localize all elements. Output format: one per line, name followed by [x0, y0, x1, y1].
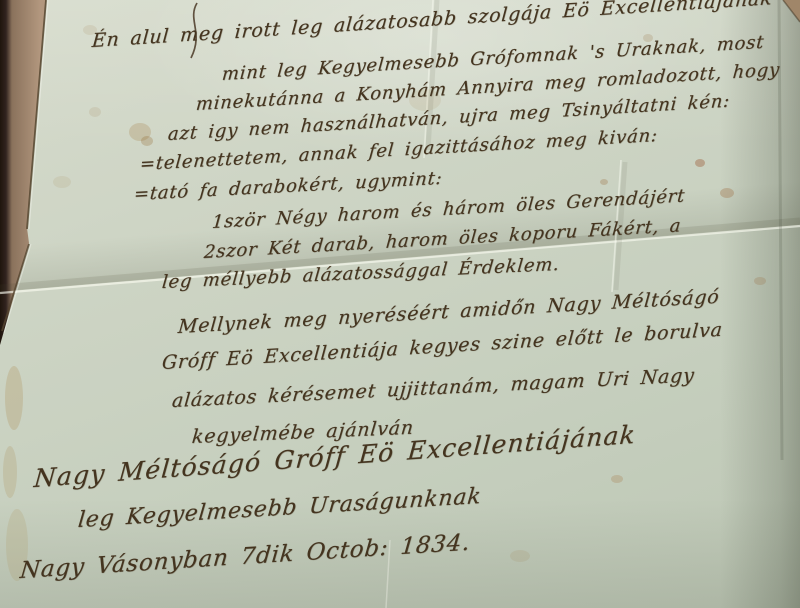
paper-corner-cut	[783, 0, 800, 22]
paper-edge-line-upper	[27, 0, 46, 229]
document-photograph: Én alul meg irott leg alázatosabb szolgá…	[0, 0, 800, 608]
